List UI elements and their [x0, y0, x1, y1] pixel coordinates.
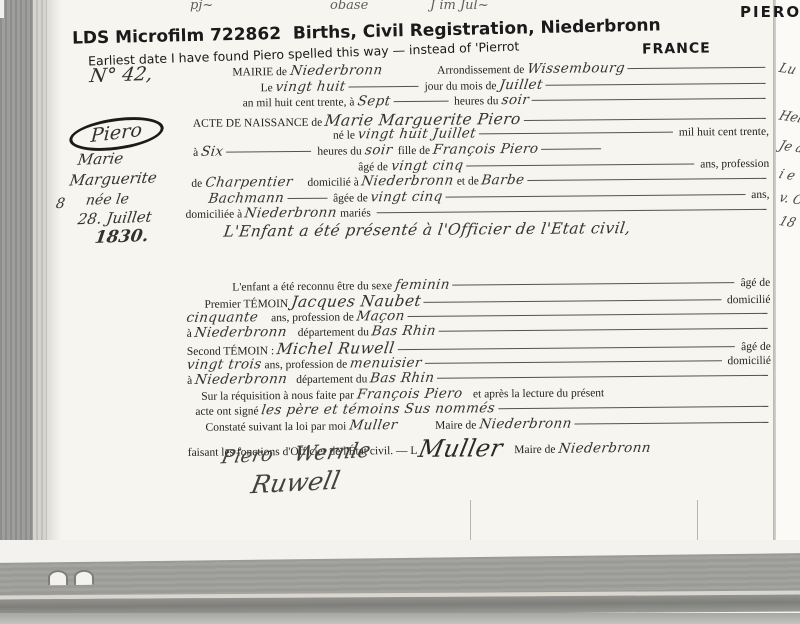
handwritten-entry: vingt cinq — [390, 157, 464, 174]
printed-label: de — [191, 178, 205, 190]
printed-label: âgé de — [358, 161, 391, 173]
rule-line — [424, 298, 721, 303]
rule-line — [528, 177, 767, 181]
printed-label: ans, — [748, 189, 769, 201]
handwritten-entry: L'Enfant a été présenté à l'Officier de … — [223, 219, 632, 241]
handwritten-entry: Muller — [348, 417, 398, 433]
cutoff-fragment: obase — [330, 0, 368, 13]
printed-label: mil huit cent trente, — [676, 126, 769, 139]
gap — [382, 73, 437, 74]
adjacent-page-fragment: 18 — [777, 214, 798, 231]
handwritten-entry: cinquante — [185, 309, 259, 326]
printed-label: jour du mois de — [422, 80, 500, 93]
printed-label: domicilié à — [304, 177, 361, 189]
printed-label: ans, profession de — [262, 358, 351, 371]
rule-line — [546, 81, 766, 85]
band-fade — [0, 613, 800, 624]
handwritten-entry: Niederbronn — [244, 205, 338, 222]
handwritten-entry: Juillet — [498, 76, 543, 92]
handwritten-entry: vingt huit — [274, 78, 346, 95]
printed-label: âgée de — [330, 192, 371, 204]
printed-label: âgé de — [738, 341, 771, 353]
rule-line — [532, 97, 766, 101]
handwritten-entry: Niederbronn — [194, 371, 288, 388]
rule-line — [628, 66, 766, 69]
printed-label: fille de — [392, 145, 433, 157]
rule-line — [439, 327, 768, 332]
printed-label: mariés — [337, 208, 374, 220]
page-curl — [74, 570, 94, 585]
handwritten-entry: Charpentier — [204, 174, 294, 191]
printed-label: an mil huit cent trente, à — [243, 97, 358, 110]
handwritten-entry: Barbe — [481, 172, 526, 188]
gap — [503, 453, 511, 454]
handwritten-entry: Sept — [356, 93, 391, 109]
handwritten-entry: menuisier — [349, 354, 423, 371]
adjacent-page-strip: LuHelJe ai ev. C18 — [776, 0, 800, 564]
printed-label: domiciliée à — [186, 209, 246, 222]
printed-label: ACTE DE NAISSANCE de — [193, 116, 325, 129]
printed-label: ans, profession — [697, 157, 769, 170]
printed-label: né le — [333, 130, 358, 142]
rule-line — [438, 374, 769, 379]
handwritten-entry: Six — [200, 144, 224, 160]
handwritten-entry: Niederbronn — [289, 62, 383, 79]
corner-artifact — [0, 0, 4, 18]
rule-line — [408, 312, 768, 317]
cutoff-fragment: J im Jul~ — [430, 0, 489, 13]
printed-label: et après la lecture du présent — [470, 387, 604, 400]
handwritten-entry: Bas Rhin — [369, 370, 435, 387]
printed-label: heures du — [314, 145, 364, 157]
handwritten-entry: François Piero — [356, 385, 463, 402]
adjacent-page-fragment: Lu — [777, 61, 799, 78]
handwritten-entry: Niederbronn — [478, 415, 572, 432]
handwritten-entry: vingt huit Juillet — [357, 126, 477, 143]
printed-label: domicilié — [725, 354, 771, 366]
handwritten-entry: Bas Rhin — [371, 323, 437, 340]
handwritten-entry: Maçon — [356, 308, 406, 324]
gap — [293, 185, 305, 186]
printed-label: et de — [454, 176, 482, 188]
printed-label: L'enfant a été reconnu être du sexe — [232, 280, 395, 293]
rule-line — [524, 117, 766, 121]
gap — [258, 320, 268, 321]
rule-line — [377, 208, 767, 213]
handwritten-entry: Muller — [416, 435, 505, 464]
rule-line — [287, 196, 327, 198]
birth-act-form: MAIRIE de NiederbronnArrondissement de W… — [42, 59, 771, 451]
printed-label: acte ont signé — [195, 406, 261, 419]
scan-bottom-bands — [0, 540, 800, 624]
binding-gutter — [0, 0, 33, 554]
rule-line — [479, 131, 673, 135]
printed-label: département du — [293, 373, 370, 386]
rule-line — [398, 345, 735, 350]
rule-line — [393, 100, 448, 102]
printed-label: Maire de — [511, 444, 558, 456]
rule-line — [574, 421, 768, 425]
page-curl — [48, 570, 68, 585]
printed-label: Arrondissement de — [437, 64, 527, 77]
printed-label: département du — [295, 327, 372, 340]
handwritten-entry: François Piero — [432, 141, 539, 158]
signature-witness-1: Wernle — [292, 438, 373, 466]
handwritten-entry: Niederbronn — [361, 173, 455, 190]
handwritten-entry: vingt cinq — [370, 188, 444, 205]
adjacent-page-fragment: Je a — [777, 138, 800, 156]
handwritten-entry: Niederbronn — [557, 440, 651, 457]
handwritten-entry: feminin — [394, 276, 451, 292]
handwritten-entry: Bachmann — [207, 190, 285, 207]
country-note: FRANCE — [642, 40, 711, 57]
gap — [462, 396, 470, 397]
rule-line — [446, 193, 745, 198]
gap — [287, 335, 295, 336]
printed-label: domicilié — [724, 294, 770, 306]
rule-line — [453, 281, 735, 285]
scanned-birth-record: LuHelJe ai ev. C18 pj~obaseJ im Jul~ PIE… — [0, 0, 800, 624]
rule-line — [425, 359, 722, 364]
printed-label: Maire de — [432, 419, 479, 431]
adjacent-page-fragment: i e — [777, 167, 798, 184]
signature-witness-2: Ruwell — [249, 466, 343, 500]
rule-line — [498, 405, 768, 409]
rule-line — [226, 150, 311, 153]
adjacent-page-fragment: Hel — [777, 108, 800, 126]
handwritten-entry: Niederbronn — [194, 324, 288, 341]
printed-label: Constaté suivant la loi par moi — [205, 420, 349, 433]
adjacent-page-fragment: v. C — [777, 190, 800, 208]
rule-line — [541, 147, 601, 150]
rule-line — [349, 84, 419, 87]
handwritten-entry: les père et témoins Sus nommés — [260, 401, 496, 419]
handwritten-entry: vingt trois — [186, 356, 263, 373]
handwritten-entry: Wissembourg — [526, 60, 626, 77]
printed-label: Le — [260, 82, 275, 94]
corner-surname-label: PIERO — [740, 3, 800, 21]
printed-label: Sur la réquisition à nous faite par — [201, 389, 357, 402]
microfilm-number: LDS Microfilm 722862 — [72, 24, 281, 49]
rule-line — [466, 162, 694, 166]
printed-label: âgé de — [738, 276, 771, 288]
printed-label: heures du — [451, 95, 501, 107]
printed-label: MAIRIE de — [232, 66, 290, 79]
printed-label: ans, profession de — [268, 311, 357, 324]
handwritten-entry: soir — [364, 142, 394, 158]
handwritten-entry: soir — [500, 92, 530, 108]
gap — [397, 428, 432, 429]
signature-father: Piero — [220, 444, 276, 469]
cutoff-fragment: pj~ — [190, 0, 213, 13]
